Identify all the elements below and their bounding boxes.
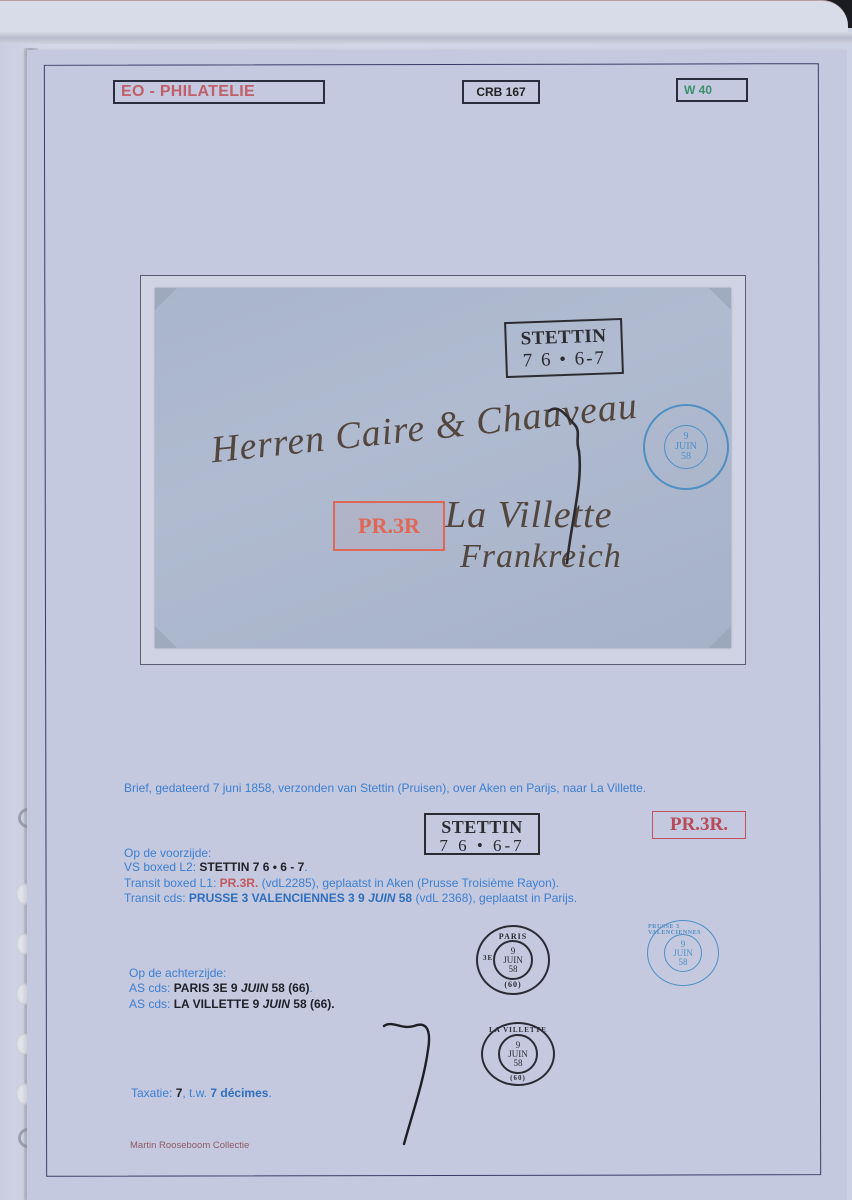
intro-text: Brief, gedateerd 7 juni 1858, verzonden … xyxy=(124,781,646,795)
sample-prusse-cds: PRUSSE 3 VALENCIENNES 9 JUIN 58 xyxy=(647,920,719,986)
sample-stettin-box: STETTIN 7 6 • 6-7 xyxy=(424,813,540,855)
photo-corner xyxy=(155,288,177,310)
sample-tax-mark-7 xyxy=(380,1020,440,1150)
sheet-protector-band xyxy=(0,32,852,44)
front-vs-line: VS boxed L2: STETTIN 7 6 • 6 - 7. xyxy=(124,860,308,874)
back-as2-line: AS cds: LA VILLETTE 9 JUIN 58 (66). xyxy=(129,997,335,1011)
taxation-line: Taxatie: 7, t.w. 7 décimes. xyxy=(131,1086,272,1100)
page-code-label: W 40 xyxy=(676,78,748,102)
front-transit1-line: Transit boxed L1: PR.3R. (vdL2285), gepl… xyxy=(124,876,559,890)
photo-corner xyxy=(709,288,731,310)
sample-villette-cds: LA VILLETTE 9 JUIN 58 (60) xyxy=(481,1022,555,1086)
reference-label: CRB 167 xyxy=(462,80,540,104)
back-heading: Op de achterzijde: xyxy=(129,966,226,980)
front-heading: Op de voorzijde: xyxy=(124,846,211,860)
prusse-valenciennes-cds: 9 JUIN 58 xyxy=(643,404,729,490)
pr3r-postmark: PR.3R xyxy=(333,501,445,551)
collection-label: EO - PHILATELIE xyxy=(113,80,325,104)
collection-credit: Martin Rooseboom Collectie xyxy=(130,1140,249,1151)
photo-corner xyxy=(155,626,177,648)
sample-paris-cds: PARIS 3E 9 JUIN 58 (60) xyxy=(476,925,550,995)
sample-pr3r-box: PR.3R. xyxy=(652,811,746,839)
stettin-postmark: STETTIN 7 6 • 6-7 xyxy=(504,318,624,378)
cover-letter-image: STETTIN 7 6 • 6-7 9 JUIN 58 Herren Caire… xyxy=(155,288,731,648)
tax-mark-7 xyxy=(545,403,605,573)
photo-corner xyxy=(709,626,731,648)
front-transit2-line: Transit cds: PRUSSE 3 VALENCIENNES 3 9 J… xyxy=(124,891,577,905)
back-as1-line: AS cds: PARIS 3E 9 JUIN 58 (66). xyxy=(129,981,313,995)
